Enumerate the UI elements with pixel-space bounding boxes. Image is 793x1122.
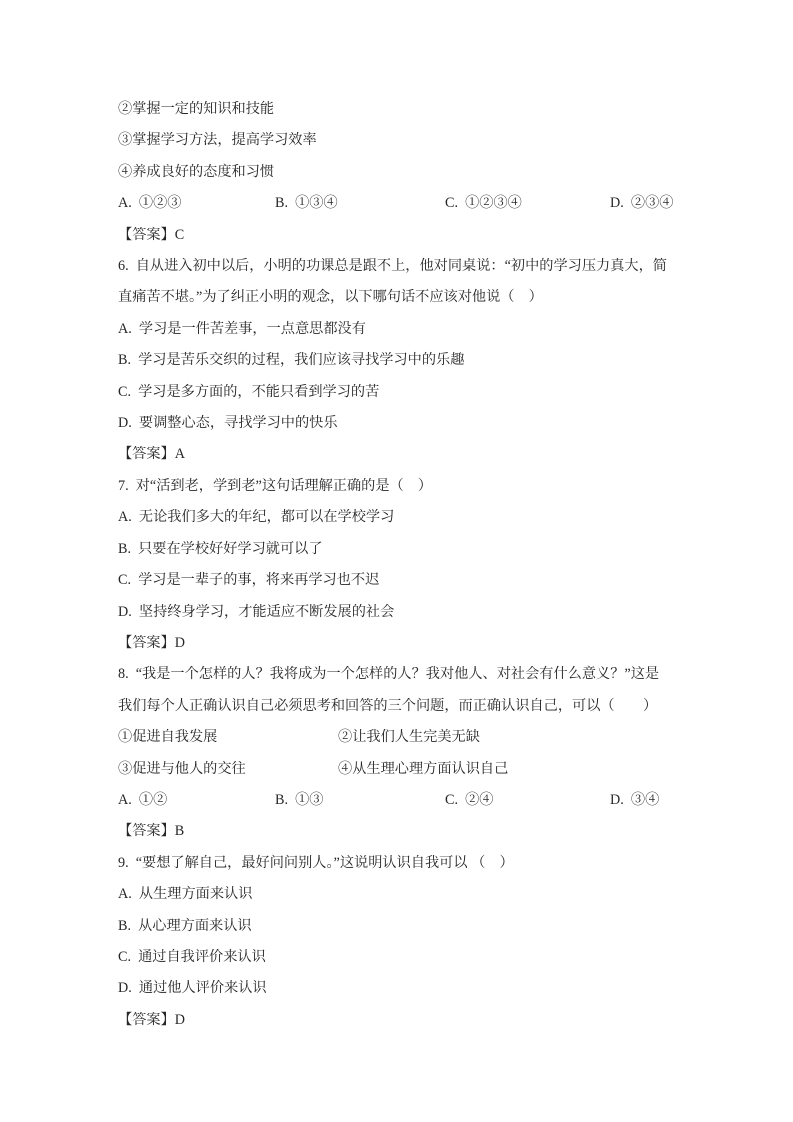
q5-sub-option-4: ④养成良好的态度和习惯 xyxy=(118,157,676,188)
q6-option-b: B. 学习是苦乐交织的过程，我们应该寻找学习中的乐趣 xyxy=(118,345,676,376)
q8-sub-option-3: ③促进与他人的交往 xyxy=(118,754,338,785)
q5-option-a: A. ①②③ xyxy=(118,188,275,219)
q6-option-c: C. 学习是多方面的，不能只看到学习的苦 xyxy=(118,377,676,408)
q8-answer: 【答案】B xyxy=(118,816,676,847)
q5-answer: 【答案】C xyxy=(118,220,676,251)
q8-sub-option-2: ②让我们人生完美无缺 xyxy=(338,722,676,753)
q7-option-b: B. 只要在学校好好学习就可以了 xyxy=(118,534,676,565)
q5-sub-option-2: ②掌握一定的知识和技能 xyxy=(118,94,676,125)
q8-option-d: D. ③④ xyxy=(610,785,676,816)
q9-option-a: A. 从生理方面来认识 xyxy=(118,879,676,910)
q6-answer: 【答案】A xyxy=(118,439,676,470)
q5-option-c: C. ①②③④ xyxy=(445,188,610,219)
q5-sub-option-3: ③掌握学习方法，提高学习效率 xyxy=(118,125,676,156)
q8-sub-options-row1: ①促进自我发展 ②让我们人生完美无缺 xyxy=(118,722,676,753)
q6-stem-line1: 6. 自从进入初中以后，小明的功课总是跟不上，他对同桌说：“初中的学习压力真大，… xyxy=(118,251,676,282)
q7-option-c: C. 学习是一辈子的事，将来再学习也不迟 xyxy=(118,565,676,596)
q7-option-d: D. 坚持终身学习，才能适应不断发展的社会 xyxy=(118,597,676,628)
exam-document-page: ②掌握一定的知识和技能 ③掌握学习方法，提高学习效率 ④养成良好的态度和习惯 A… xyxy=(0,0,793,1122)
q8-option-a: A. ①② xyxy=(118,785,275,816)
q9-option-c: C. 通过自我评价来认识 xyxy=(118,942,676,973)
q5-options-row: A. ①②③ B. ①③④ C. ①②③④ D. ②③④ xyxy=(118,188,676,219)
q9-option-d: D. 通过他人评价来认识 xyxy=(118,973,676,1004)
q8-sub-options-row2: ③促进与他人的交往 ④从生理心理方面认识自己 xyxy=(118,754,676,785)
q8-option-b: B. ①③ xyxy=(275,785,445,816)
q5-option-b: B. ①③④ xyxy=(275,188,445,219)
q7-answer: 【答案】D xyxy=(118,628,676,659)
q8-sub-option-4: ④从生理心理方面认识自己 xyxy=(338,754,676,785)
q6-option-d: D. 要调整心态，寻找学习中的快乐 xyxy=(118,408,676,439)
q9-option-b: B. 从心理方面来认识 xyxy=(118,911,676,942)
q8-option-c: C. ②④ xyxy=(445,785,610,816)
q9-answer: 【答案】D xyxy=(118,1005,676,1036)
q8-sub-option-1: ①促进自我发展 xyxy=(118,722,338,753)
q7-option-a: A. 无论我们多大的年纪，都可以在学校学习 xyxy=(118,502,676,533)
q5-option-d: D. ②③④ xyxy=(610,188,676,219)
q6-option-a: A. 学习是一件苦差事，一点意思都没有 xyxy=(118,314,676,345)
q8-stem-line2: 我们每个人正确认识自己必须思考和回答的三个问题，而正确认识自己，可以（ ） xyxy=(118,691,676,722)
q8-stem-line1: 8. “我是一个怎样的人？我将成为一个怎样的人？我对他人、对社会有什么意义？”这… xyxy=(118,659,676,690)
q9-stem: 9. “要想了解自己，最好问问别人。”这说明认识自我可以 （ ） xyxy=(118,848,676,879)
q7-stem: 7. 对“活到老，学到老”这句话理解正确的是（ ） xyxy=(118,471,676,502)
q8-options-row: A. ①② B. ①③ C. ②④ D. ③④ xyxy=(118,785,676,816)
q6-stem-line2: 直痛苦不堪。”为了纠正小明的观念，以下哪句话不应该对他说（ ） xyxy=(118,282,676,313)
